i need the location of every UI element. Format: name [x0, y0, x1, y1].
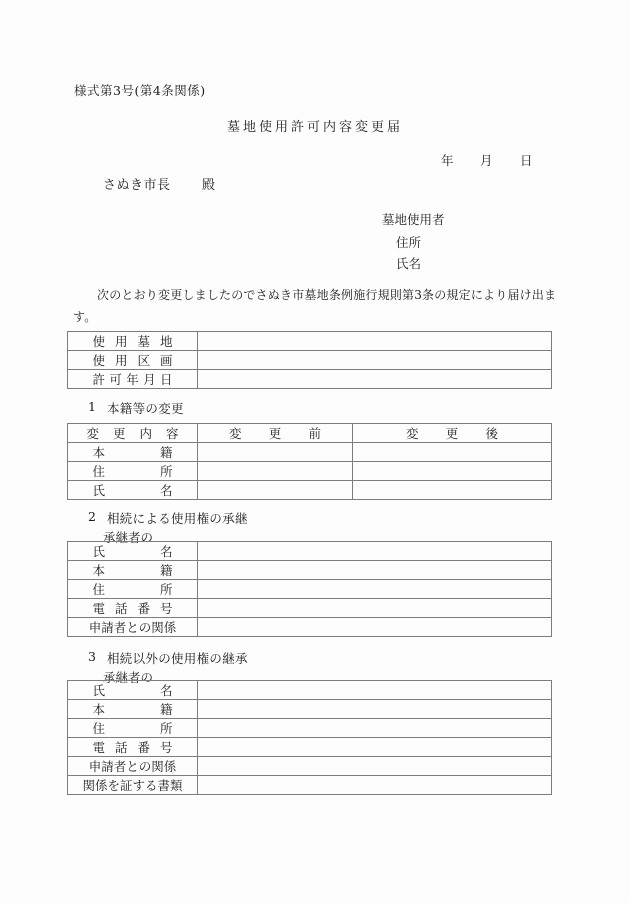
table-row: 本籍 [68, 700, 552, 719]
row-value-cell [198, 332, 552, 351]
section-number: 2 [88, 509, 96, 524]
table-row: 許可年月日 [68, 370, 552, 389]
row-label-cell: 電話番号 [68, 738, 198, 757]
table-row: 住所 [68, 719, 552, 738]
table-row: 住所 [68, 462, 552, 481]
section-number: 3 [88, 649, 96, 664]
row-label: 申請者との関係 [89, 759, 177, 774]
row-value-cell [198, 700, 552, 719]
row-label: 住所 [93, 462, 173, 480]
table-row: 住所 [68, 580, 552, 599]
table-row: 電話番号 [68, 599, 552, 618]
row-label-cell: 本籍 [68, 700, 198, 719]
table-row: 申請者との関係 [68, 618, 552, 637]
section-title: 相続による使用権の承継 [107, 509, 248, 527]
document-page: 様式第3号(第4条関係) 墓地使用許可内容変更届 年 月 日 さぬき市長 殿 墓… [0, 0, 630, 903]
row-value-cell [198, 542, 552, 561]
row-label-cell: 氏名 [68, 481, 198, 500]
row-label: 氏名 [93, 542, 173, 560]
col-header: 変更内容 [87, 424, 179, 442]
col-header: 変更後 [406, 424, 498, 442]
row-label-cell: 申請者との関係 [68, 757, 198, 776]
table-header-row: 変更内容 変更前 変更後 [68, 424, 552, 443]
col-header-cell: 変更後 [353, 424, 552, 443]
row-label: 電話番号 [93, 599, 173, 617]
col-header: 変更前 [229, 424, 321, 442]
section-number: 1 [88, 399, 96, 414]
row-value-cell [198, 580, 552, 599]
row-value-cell [198, 599, 552, 618]
addressee-honorific: 殿 [202, 174, 215, 193]
applicant-name-label: 氏名 [396, 254, 421, 272]
before-value-cell [198, 462, 353, 481]
row-label: 関係を証する書類 [82, 778, 182, 793]
row-value-cell [198, 719, 552, 738]
table-row: 氏名 [68, 542, 552, 561]
row-label-cell: 氏名 [68, 542, 198, 561]
row-value-cell [198, 681, 552, 700]
row-label-cell: 電話番号 [68, 599, 198, 618]
row-label: 申請者との関係 [89, 620, 177, 635]
after-value-cell [353, 443, 552, 462]
table-row: 電話番号 [68, 738, 552, 757]
row-label-cell: 本籍 [68, 561, 198, 580]
table-row: 氏名 [68, 481, 552, 500]
addressee-name: さぬき市長 [103, 174, 171, 193]
row-label: 住所 [93, 719, 173, 737]
row-label-cell: 本籍 [68, 443, 198, 462]
before-value-cell [198, 481, 353, 500]
table-row: 本籍 [68, 561, 552, 580]
form-number: 様式第3号(第4条関係) [74, 81, 206, 99]
row-label-cell: 住所 [68, 580, 198, 599]
row-value-cell [198, 351, 552, 370]
section-3-table: 氏名 本籍 住所 電話番号 申請者との関係 関係を証する書類 [67, 680, 552, 795]
row-label: 電話番号 [93, 738, 173, 756]
section-1-table: 変更内容 変更前 変更後 本籍 住所 氏名 [67, 423, 552, 500]
table-row: 使用区画 [68, 351, 552, 370]
row-label: 本籍 [93, 443, 173, 461]
col-header-cell: 変更内容 [68, 424, 198, 443]
applicant-address-label: 住所 [396, 233, 421, 251]
table-row: 氏名 [68, 681, 552, 700]
before-value-cell [198, 443, 353, 462]
row-label: 使用区画 [93, 351, 173, 369]
document-title: 墓地使用許可内容変更届 [0, 116, 630, 135]
row-label: 使用墓地 [93, 332, 173, 350]
row-label-cell: 関係を証する書類 [68, 776, 198, 795]
row-label: 許可年月日 [93, 370, 173, 388]
row-value-cell [198, 370, 552, 389]
section-title: 相続以外の使用権の継承 [107, 649, 248, 667]
row-label-cell: 住所 [68, 719, 198, 738]
date-year-label: 年 [441, 151, 454, 169]
table-row: 申請者との関係 [68, 757, 552, 776]
row-label: 氏名 [93, 481, 173, 499]
section-2-table: 氏名 本籍 住所 電話番号 申請者との関係 [67, 541, 552, 637]
col-header-cell: 変更前 [198, 424, 353, 443]
declaration-text: 次のとおり変更しましたのでさぬき市墓地条例施行規則第3条の規定により届け出ます。 [73, 284, 573, 328]
row-value-cell [198, 618, 552, 637]
table-row: 使用墓地 [68, 332, 552, 351]
row-label-cell: 住所 [68, 462, 198, 481]
row-value-cell [198, 561, 552, 580]
row-label: 氏名 [93, 681, 173, 699]
table-row: 関係を証する書類 [68, 776, 552, 795]
row-label-cell: 申請者との関係 [68, 618, 198, 637]
after-value-cell [353, 481, 552, 500]
row-label-cell: 使用区画 [68, 351, 198, 370]
row-label-cell: 使用墓地 [68, 332, 198, 351]
permit-info-table: 使用墓地 使用区画 許可年月日 [67, 331, 552, 389]
row-label-cell: 氏名 [68, 681, 198, 700]
row-value-cell [198, 776, 552, 795]
row-label: 本籍 [93, 561, 173, 579]
row-value-cell [198, 738, 552, 757]
applicant-role-label: 墓地使用者 [382, 210, 445, 228]
row-label-cell: 許可年月日 [68, 370, 198, 389]
date-month-label: 月 [480, 151, 493, 169]
row-label: 住所 [93, 580, 173, 598]
date-day-label: 日 [520, 151, 533, 169]
table-row: 本籍 [68, 443, 552, 462]
row-label: 本籍 [93, 700, 173, 718]
section-title: 本籍等の変更 [107, 399, 184, 417]
row-value-cell [198, 757, 552, 776]
after-value-cell [353, 462, 552, 481]
